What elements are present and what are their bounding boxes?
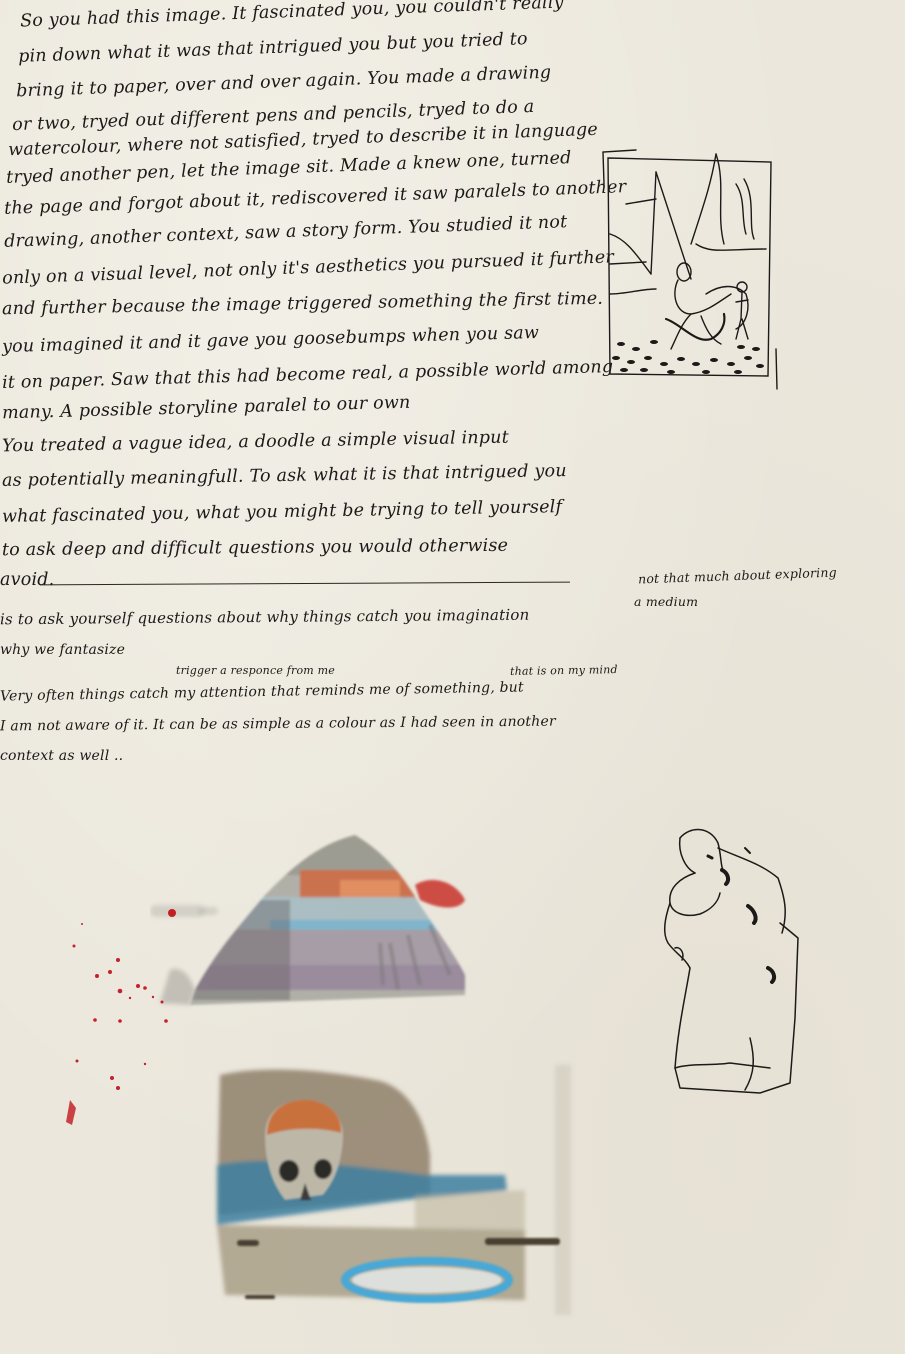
watercolor-skull-still-life [205,1055,585,1354]
insertion-note: trigger a responce from me [176,664,335,677]
insertion-note: that is on my mind [510,663,618,678]
ink-sketch-embracing-figures [650,818,810,1103]
margin-note-line: a medium [634,594,698,609]
text-line: context as well .. [0,748,123,764]
text-line: why we fantasize [0,642,125,658]
text-line: avoid. [0,570,54,590]
ink-sketch-figures-in-landscape [596,144,786,394]
red-paint-splatter [40,890,220,1130]
